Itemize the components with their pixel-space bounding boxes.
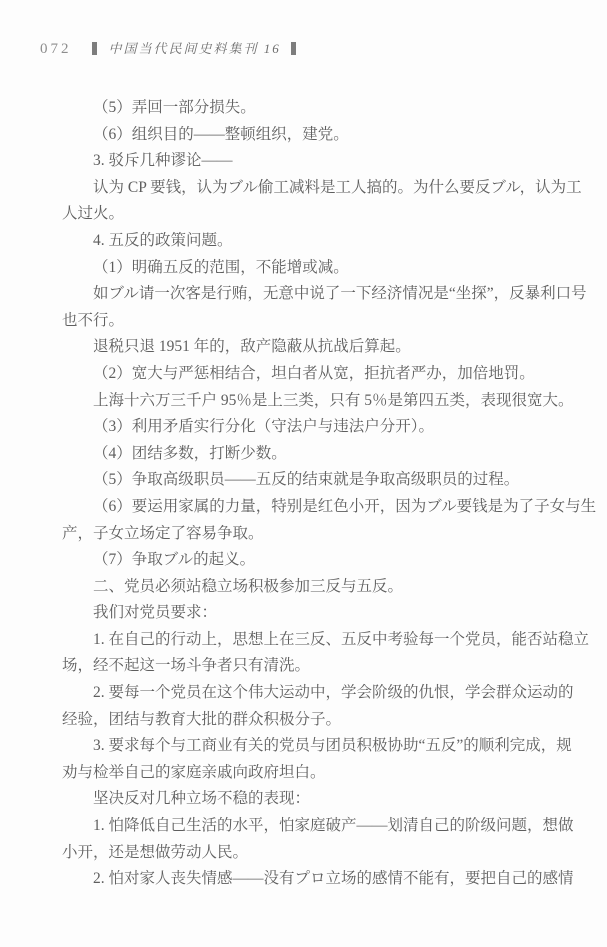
- page-number: 072: [40, 41, 72, 57]
- text-line: 小开，还是想做劳动人民。: [62, 840, 582, 867]
- text-line: （7）争取ブル的起义。: [62, 547, 582, 574]
- text-line: （2）宽大与严惩相结合，坦白者从宽，拒抗者严办，加倍地罚。: [62, 361, 582, 388]
- text-line: 2. 要每一个党员在这个伟大运动中，学会阶级的仇恨，学会群众运动的: [62, 680, 582, 707]
- header-bar-right-icon: [291, 42, 296, 55]
- header-bar-left-icon: [92, 42, 97, 55]
- text-line: 如ブル请一次客是行贿，无意中说了一下经济情况是“坐探”，反暴利口号: [62, 281, 582, 308]
- text-line: 认为 CP 要钱，认为ブル偷工减料是工人搞的。为什么要反ブル，认为工: [62, 175, 582, 202]
- running-title: 中国当代民间史料集刊 16: [92, 40, 296, 57]
- text-line: （3）利用矛盾实行分化（守法户与违法户分开）。: [62, 414, 582, 441]
- text-line: 坚决反对几种立场不稳的表现：: [62, 786, 582, 813]
- text-line: （5）弄回一部分损失。: [62, 95, 582, 122]
- text-line: 人过火。: [62, 201, 582, 228]
- text-line: 3. 要求每个与工商业有关的党员与团员积极协助“五反”的顺利完成，规: [62, 733, 582, 760]
- text-line: 劝与检举自己的家庭亲戚向政府坦白。: [62, 760, 582, 787]
- text-line: 也不行。: [62, 308, 582, 335]
- text-line: （6）组织目的——整顿组织，建党。: [62, 122, 582, 149]
- document-body: （5）弄回一部分损失。（6）组织目的——整顿组织，建党。3. 驳斥几种谬论——认…: [62, 95, 582, 893]
- text-line: （1）明确五反的范围，不能增或减。: [62, 255, 582, 282]
- series-title: 中国当代民间史料集刊 16: [109, 41, 281, 56]
- text-line: （4）团结多数，打断少数。: [62, 441, 582, 468]
- text-line: 3. 驳斥几种谬论——: [62, 148, 582, 175]
- text-line: 1. 在自己的行动上，思想上在三反、五反中考验每一个党员，能否站稳立: [62, 627, 582, 654]
- text-line: 4. 五反的政策问题。: [62, 228, 582, 255]
- text-line: 场，经不起这一场斗争者只有清洗。: [62, 653, 582, 680]
- text-line: 2. 怕对家人丧失情感——没有プロ立场的感情不能有，要把自己的感情: [62, 866, 582, 893]
- text-line: 退税只退 1951 年的，敌产隐蔽从抗战后算起。: [62, 334, 582, 361]
- page-header: 072 中国当代民间史料集刊 16: [40, 38, 577, 58]
- text-line: （5）争取高级职员——五反的结束就是争取高级职员的过程。: [62, 467, 582, 494]
- text-line: 上海十六万三千户 95％是上三类，只有 5％是第四五类，表现很宽大。: [62, 388, 582, 415]
- text-line: （6）要运用家属的力量，特别是红色小开，因为ブル要钱是为了子女与生: [62, 494, 582, 521]
- text-line: 1. 怕降低自己生活的水平，怕家庭破产——划清自己的阶级问题，想做: [62, 813, 582, 840]
- book-page: 072 中国当代民间史料集刊 16 （5）弄回一部分损失。（6）组织目的——整顿…: [0, 0, 607, 947]
- text-line: 二、党员必须站稳立场积极参加三反与五反。: [62, 574, 582, 601]
- text-line: 经验，团结与教育大批的群众积极分子。: [62, 707, 582, 734]
- text-line: 产，子女立场定了容易争取。: [62, 521, 582, 548]
- text-line: 我们对党员要求：: [62, 600, 582, 627]
